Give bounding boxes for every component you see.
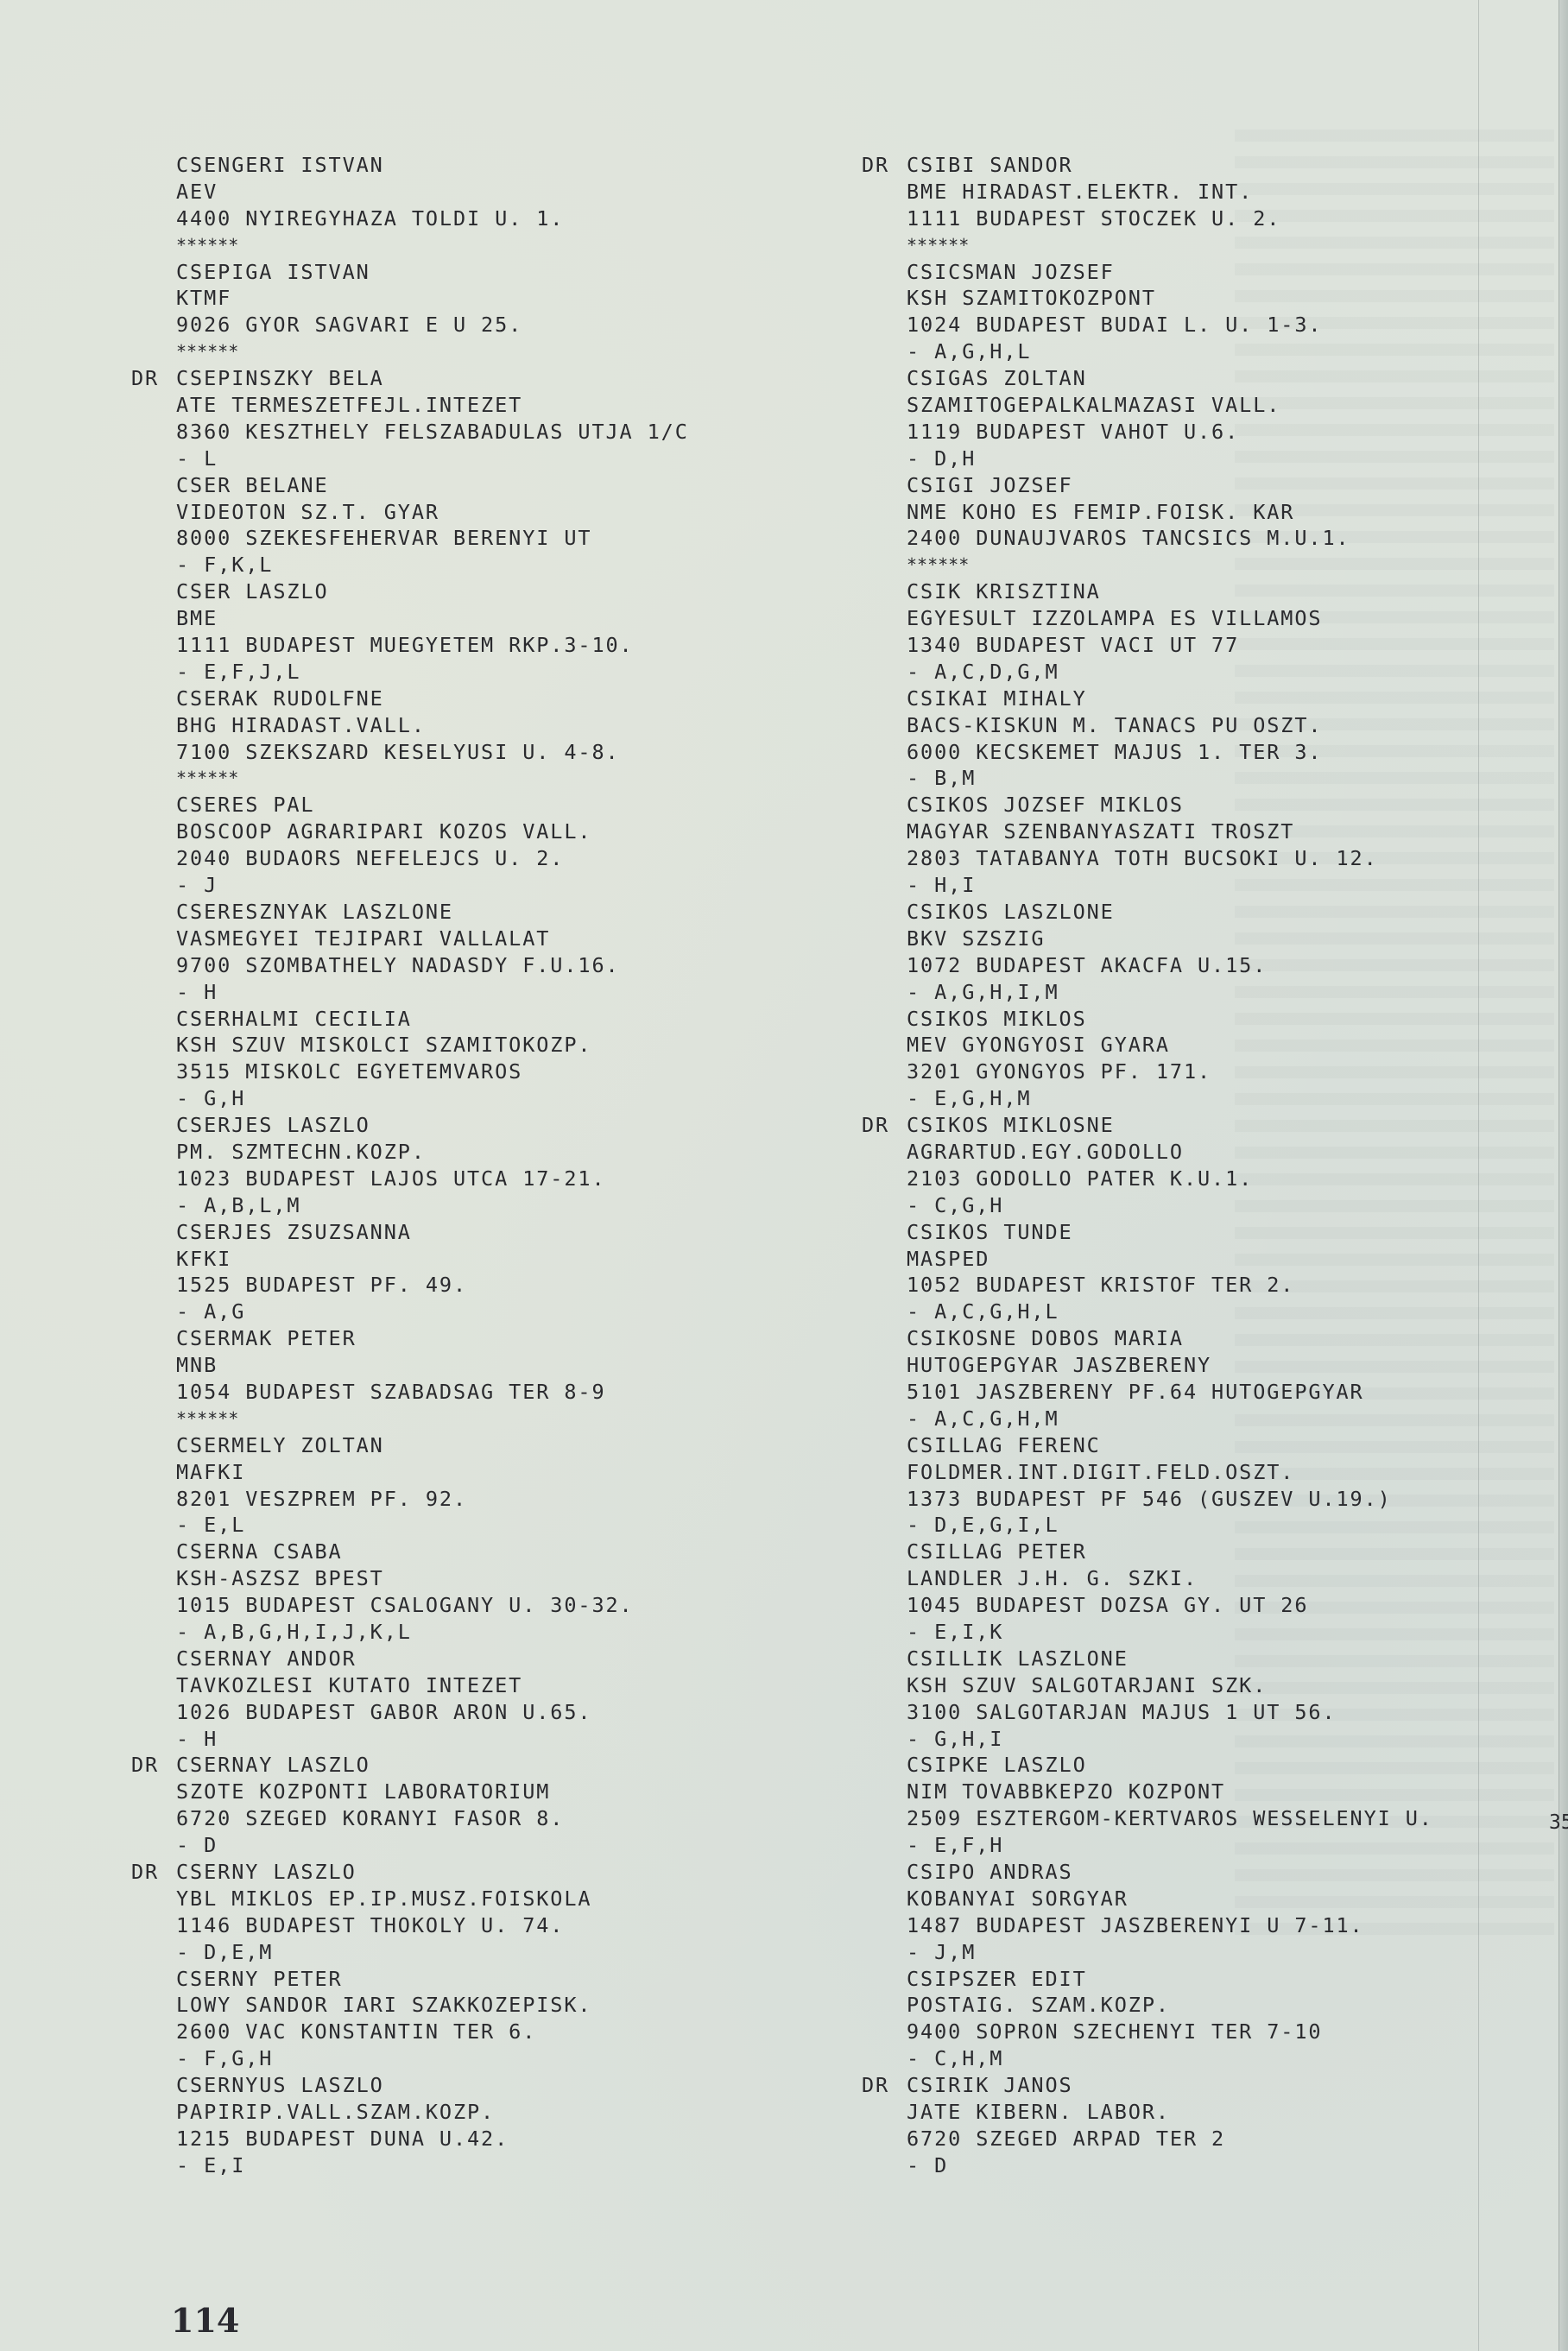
entry-organization: MAGYAR SZENBANYASZATI TROSZT bbox=[907, 818, 1433, 845]
entry-no-codes-marker: ****** bbox=[176, 338, 689, 365]
entry-organization: KOBANYAI SORGYAR bbox=[907, 1886, 1433, 1912]
directory-page: CSENGERI ISTVANAEV4400 NYIREGYHAZA TOLDI… bbox=[0, 0, 1568, 2351]
entry-address: 1072 BUDAPEST AKACFA U.15. bbox=[907, 952, 1433, 979]
directory-entry: CSERHALMI CECILIAKSH SZUV MISKOLCI SZAMI… bbox=[131, 1006, 689, 1113]
entry-organization: BOSCOOP AGRARIPARI KOZOS VALL. bbox=[176, 818, 689, 845]
directory-entry: CSIKAI MIHALYBACS-KISKUN M. TANACS PU OS… bbox=[862, 686, 1433, 793]
entry-address: 2803 TATABANYA TOTH BUCSOKI U. 12. bbox=[907, 845, 1433, 872]
entry-codes: - E,L bbox=[176, 1512, 689, 1539]
entry-name: CSERNAY ANDOR bbox=[176, 1646, 689, 1672]
entry-address: 1111 BUDAPEST STOCZEK U. 2. bbox=[907, 205, 1433, 232]
entry-organization: FOLDMER.INT.DIGIT.FELD.OSZT. bbox=[907, 1459, 1433, 1486]
entry-organization: MNB bbox=[176, 1352, 689, 1379]
title-prefix: DR bbox=[131, 1859, 159, 1886]
entry-codes: - A,C,G,H,L bbox=[907, 1299, 1433, 1325]
entry-address: 1525 BUDAPEST PF. 49. bbox=[176, 1272, 689, 1299]
directory-entry: CSIKOS LASZLONEBKV SZSZIG1072 BUDAPEST A… bbox=[862, 899, 1433, 1006]
directory-entry: CSILLAG PETERLANDLER J.H. G. SZKI.1045 B… bbox=[862, 1539, 1433, 1646]
entry-codes: - D,E,G,I,L bbox=[907, 1512, 1433, 1539]
entry-address: 1215 BUDAPEST DUNA U.42. bbox=[176, 2126, 689, 2152]
entry-organization: MEV GYONGYOSI GYARA bbox=[907, 1032, 1433, 1059]
entry-codes: - B,M bbox=[907, 765, 1433, 792]
entry-codes: - A,G bbox=[176, 1299, 689, 1325]
directory-entry: CSIGI JOZSEFNME KOHO ES FEMIP.FOISK. KAR… bbox=[862, 472, 1433, 579]
directory-entry: CSIGAS ZOLTANSZAMITOGEPALKALMAZASI VALL.… bbox=[862, 365, 1433, 472]
entry-name: CSIPSZER EDIT bbox=[907, 1966, 1433, 1993]
entry-codes: - E,G,H,M bbox=[907, 1085, 1433, 1112]
entry-organization: KFKI bbox=[176, 1246, 689, 1273]
entry-address: 2600 VAC KONSTANTIN TER 6. bbox=[176, 2019, 689, 2045]
entry-organization: NME KOHO ES FEMIP.FOISK. KAR bbox=[907, 499, 1433, 526]
entry-name: CSERJES ZSUZSANNA bbox=[176, 1219, 689, 1246]
entry-organization: ATE TERMESZETFEJL.INTEZET bbox=[176, 392, 689, 419]
entry-address: 1119 BUDAPEST VAHOT U.6. bbox=[907, 419, 1433, 446]
directory-entry: CSERNAY ANDORTAVKOZLESI KUTATO INTEZET10… bbox=[131, 1646, 689, 1753]
entry-name: CSILLIK LASZLONE bbox=[907, 1646, 1433, 1672]
entry-codes: - A,C,D,G,M bbox=[907, 659, 1433, 686]
entry-address: 1111 BUDAPEST MUEGYETEM RKP.3-10. bbox=[176, 632, 689, 659]
page-edge bbox=[1559, 0, 1568, 2351]
entry-name: CSERES PAL bbox=[176, 792, 689, 818]
entry-organization: JATE KIBERN. LABOR. bbox=[907, 2099, 1433, 2126]
entry-address: 9400 SOPRON SZECHENYI TER 7-10 bbox=[907, 2019, 1433, 2045]
entry-name: CSEPINSZKY BELA bbox=[176, 365, 689, 392]
entry-organization: KTMF bbox=[176, 285, 689, 312]
entry-name: CSER BELANE bbox=[176, 472, 689, 499]
entry-name: CSIRIK JANOS bbox=[907, 2072, 1433, 2099]
entry-organization: LANDLER J.H. G. SZKI. bbox=[907, 1565, 1433, 1592]
entry-address: 9700 SZOMBATHELY NADASDY F.U.16. bbox=[176, 952, 689, 979]
entry-name: CSENGERI ISTVAN bbox=[176, 152, 689, 179]
entry-name: CSER LASZLO bbox=[176, 578, 689, 605]
entry-address: 1024 BUDAPEST BUDAI L. U. 1-3. bbox=[907, 312, 1433, 338]
entry-name: CSIK KRISZTINA bbox=[907, 578, 1433, 605]
directory-entry: DRCSIBI SANDORBME HIRADAST.ELEKTR. INT.1… bbox=[862, 152, 1433, 259]
entry-name: CSILLAG PETER bbox=[907, 1539, 1433, 1565]
directory-entry: DRCSERNAY LASZLOSZOTE KOZPONTI LABORATOR… bbox=[131, 1752, 689, 1859]
directory-entry: CSIPO ANDRASKOBANYAI SORGYAR1487 BUDAPES… bbox=[862, 1859, 1433, 1966]
entry-codes: - G,H bbox=[176, 1085, 689, 1112]
entry-address: 6000 KECSKEMET MAJUS 1. TER 3. bbox=[907, 739, 1433, 766]
entry-codes: - A,B,G,H,I,J,K,L bbox=[176, 1619, 689, 1646]
left-column: CSENGERI ISTVANAEV4400 NYIREGYHAZA TOLDI… bbox=[131, 152, 689, 2179]
entry-name: CSIKOS TUNDE bbox=[907, 1219, 1433, 1246]
entry-organization: KSH-ASZSZ BPEST bbox=[176, 1565, 689, 1592]
entry-address: 8000 SZEKESFEHERVAR BERENYI UT bbox=[176, 525, 689, 552]
entry-address: 1373 BUDAPEST PF 546 (GUSZEV U.19.) bbox=[907, 1486, 1433, 1513]
right-column: DRCSIBI SANDORBME HIRADAST.ELEKTR. INT.1… bbox=[862, 152, 1433, 2179]
entry-no-codes-marker: ****** bbox=[176, 765, 689, 792]
entry-address: 3515 MISKOLC EGYETEMVAROS bbox=[176, 1059, 689, 1085]
entry-codes: - A,C,G,H,M bbox=[907, 1406, 1433, 1432]
entry-address: 1146 BUDAPEST THOKOLY U. 74. bbox=[176, 1912, 689, 1939]
directory-entry: CSICSMAN JOZSEFKSH SZAMITOKOZPONT1024 BU… bbox=[862, 259, 1433, 366]
entry-organization: AEV bbox=[176, 179, 689, 205]
entry-organization: NIM TOVABBKEPZO KOZPONT bbox=[907, 1779, 1433, 1805]
entry-codes: - D bbox=[176, 1832, 689, 1859]
entry-organization: KSH SZUV SALGOTARJANI SZK. bbox=[907, 1672, 1433, 1699]
entry-organization: PM. SZMTECHN.KOZP. bbox=[176, 1139, 689, 1166]
entry-codes: - A,B,L,M bbox=[176, 1192, 689, 1219]
directory-entry: CSILLIK LASZLONEKSH SZUV SALGOTARJANI SZ… bbox=[862, 1646, 1433, 1753]
entry-name: CSIBI SANDOR bbox=[907, 152, 1433, 179]
entry-name: CSERMELY ZOLTAN bbox=[176, 1432, 689, 1459]
entry-name: CSERNAY LASZLO bbox=[176, 1752, 689, 1779]
entry-name: CSERNA CSABA bbox=[176, 1539, 689, 1565]
entry-name: CSIGAS ZOLTAN bbox=[907, 365, 1433, 392]
entry-codes: - E,I bbox=[176, 2152, 689, 2179]
directory-entry: CSIPKE LASZLONIM TOVABBKEPZO KOZPONT2509… bbox=[862, 1752, 1433, 1859]
directory-entry: CSERES PALBOSCOOP AGRARIPARI KOZOS VALL.… bbox=[131, 792, 689, 899]
directory-entry: CSEPIGA ISTVANKTMF9026 GYOR SAGVARI E U … bbox=[131, 259, 689, 366]
entry-address: 1023 BUDAPEST LAJOS UTCA 17-21. bbox=[176, 1166, 689, 1192]
entry-organization: PAPIRIP.VALL.SZAM.KOZP. bbox=[176, 2099, 689, 2126]
entry-name: CSIKOS MIKLOS bbox=[907, 1006, 1433, 1033]
entry-address: 6720 SZEGED ARPAD TER 2 bbox=[907, 2126, 1433, 2152]
entry-address: 8201 VESZPREM PF. 92. bbox=[176, 1486, 689, 1513]
entry-name: CSEPIGA ISTVAN bbox=[176, 259, 689, 286]
entry-address: 1015 BUDAPEST CSALOGANY U. 30-32. bbox=[176, 1592, 689, 1619]
title-prefix: DR bbox=[131, 365, 159, 392]
entry-address: 4400 NYIREGYHAZA TOLDI U. 1. bbox=[176, 205, 689, 232]
entry-no-codes-marker: ****** bbox=[176, 1406, 689, 1432]
entry-name: CSERMAK PETER bbox=[176, 1325, 689, 1352]
entry-address: 1054 BUDAPEST SZABADSAG TER 8-9 bbox=[176, 1379, 689, 1406]
entry-organization: AGRARTUD.EGY.GODOLLO bbox=[907, 1139, 1433, 1166]
entry-organization: BME bbox=[176, 605, 689, 632]
entry-address: 3201 GYONGYOS PF. 171. bbox=[907, 1059, 1433, 1085]
entry-codes: - G,H,I bbox=[907, 1726, 1433, 1753]
entry-codes: - H bbox=[176, 1726, 689, 1753]
entry-address: 1052 BUDAPEST KRISTOF TER 2. bbox=[907, 1272, 1433, 1299]
directory-entry: CSER BELANEVIDEOTON SZ.T. GYAR8000 SZEKE… bbox=[131, 472, 689, 579]
entry-address: 2040 BUDAORS NEFELEJCS U. 2. bbox=[176, 845, 689, 872]
entry-name: CSIPKE LASZLO bbox=[907, 1752, 1433, 1779]
entry-address: 8360 KESZTHELY FELSZABADULAS UTJA 1/C bbox=[176, 419, 689, 446]
entry-codes: - J bbox=[176, 872, 689, 899]
entry-name: CSERJES LASZLO bbox=[176, 1112, 689, 1139]
entry-name: CSIKOS MIKLOSNE bbox=[907, 1112, 1433, 1139]
entry-organization: YBL MIKLOS EP.IP.MUSZ.FOISKOLA bbox=[176, 1886, 689, 1912]
entry-codes: - A,G,H,L bbox=[907, 338, 1433, 365]
entry-address: 5101 JASZBERENY PF.64 HUTOGEPGYAR bbox=[907, 1379, 1433, 1406]
entry-organization: BACS-KISKUN M. TANACS PU OSZT. bbox=[907, 712, 1433, 739]
entry-organization: BHG HIRADAST.VALL. bbox=[176, 712, 689, 739]
entry-codes: - F,G,H bbox=[176, 2045, 689, 2072]
directory-entry: CSIKOS JOZSEF MIKLOSMAGYAR SZENBANYASZAT… bbox=[862, 792, 1433, 899]
directory-entry: CSERNY PETERLOWY SANDOR IARI SZAKKOZEPIS… bbox=[131, 1966, 689, 2073]
directory-entry: DRCSIRIK JANOSJATE KIBERN. LABOR.6720 SZ… bbox=[862, 2072, 1433, 2179]
directory-entry: CSIK KRISZTINAEGYESULT IZZOLAMPA ES VILL… bbox=[862, 578, 1433, 686]
directory-entry: CSERMAK PETERMNB1054 BUDAPEST SZABADSAG … bbox=[131, 1325, 689, 1432]
entry-address: 1487 BUDAPEST JASZBERENYI U 7-11. bbox=[907, 1912, 1433, 1939]
directory-entry: CSENGERI ISTVANAEV4400 NYIREGYHAZA TOLDI… bbox=[131, 152, 689, 259]
entry-codes: - E,F,H bbox=[907, 1832, 1433, 1859]
entry-no-codes-marker: ****** bbox=[907, 552, 1433, 578]
entry-address: 2103 GODOLLO PATER K.U.1. bbox=[907, 1166, 1433, 1192]
entry-address: 1045 BUDAPEST DOZSA GY. UT 26 bbox=[907, 1592, 1433, 1619]
directory-entry: CSILLAG FERENCFOLDMER.INT.DIGIT.FELD.OSZ… bbox=[862, 1432, 1433, 1539]
directory-entry: CSERNYUS LASZLOPAPIRIP.VALL.SZAM.KOZP.12… bbox=[131, 2072, 689, 2179]
entry-address: 1340 BUDAPEST VACI UT 77 bbox=[907, 632, 1433, 659]
entry-codes: - E,F,J,L bbox=[176, 659, 689, 686]
entry-codes: - L bbox=[176, 446, 689, 472]
entry-address: 6720 SZEGED KORANYI FASOR 8. bbox=[176, 1805, 689, 1832]
directory-entry: CSERMELY ZOLTANMAFKI8201 VESZPREM PF. 92… bbox=[131, 1432, 689, 1539]
title-prefix: DR bbox=[862, 152, 889, 179]
entry-codes: - C,G,H bbox=[907, 1192, 1433, 1219]
entry-codes: - D,E,M bbox=[176, 1939, 689, 1966]
entry-name: CSERAK RUDOLFNE bbox=[176, 686, 689, 712]
entry-organization: KSH SZAMITOKOZPONT bbox=[907, 285, 1433, 312]
entry-name: CSICSMAN JOZSEF bbox=[907, 259, 1433, 286]
entry-codes: - D,H bbox=[907, 446, 1433, 472]
entry-organization: EGYESULT IZZOLAMPA ES VILLAMOS bbox=[907, 605, 1433, 632]
entry-name: CSIKOSNE DOBOS MARIA bbox=[907, 1325, 1433, 1352]
entry-name: CSIKOS JOZSEF MIKLOS bbox=[907, 792, 1433, 818]
directory-entry: CSERESZNYAK LASZLONEVASMEGYEI TEJIPARI V… bbox=[131, 899, 689, 1006]
entry-name: CSIGI JOZSEF bbox=[907, 472, 1433, 499]
directory-entry: CSERJES LASZLOPM. SZMTECHN.KOZP.1023 BUD… bbox=[131, 1112, 689, 1219]
entry-codes: - C,H,M bbox=[907, 2045, 1433, 2072]
entry-organization: LOWY SANDOR IARI SZAKKOZEPISK. bbox=[176, 1992, 689, 2019]
directory-entry: CSIKOSNE DOBOS MARIAHUTOGEPGYAR JASZBERE… bbox=[862, 1325, 1433, 1432]
entry-organization: SZAMITOGEPALKALMAZASI VALL. bbox=[907, 392, 1433, 419]
title-prefix: DR bbox=[862, 1112, 889, 1139]
entry-name: CSILLAG FERENC bbox=[907, 1432, 1433, 1459]
title-prefix: DR bbox=[862, 2072, 889, 2099]
entry-address: 9026 GYOR SAGVARI E U 25. bbox=[176, 312, 689, 338]
entry-no-codes-marker: ****** bbox=[907, 232, 1433, 259]
entry-codes: - E,I,K bbox=[907, 1619, 1433, 1646]
entry-organization: TAVKOZLESI KUTATO INTEZET bbox=[176, 1672, 689, 1699]
entry-codes: - D bbox=[907, 2152, 1433, 2179]
entry-address: 1026 BUDAPEST GABOR ARON U.65. bbox=[176, 1699, 689, 1726]
entry-name: CSIKOS LASZLONE bbox=[907, 899, 1433, 926]
entry-organization: VASMEGYEI TEJIPARI VALLALAT bbox=[176, 926, 689, 952]
directory-entry: DRCSEPINSZKY BELAATE TERMESZETFEJL.INTEZ… bbox=[131, 365, 689, 472]
entry-name: CSERNYUS LASZLO bbox=[176, 2072, 689, 2099]
directory-entry: CSER LASZLOBME1111 BUDAPEST MUEGYETEM RK… bbox=[131, 578, 689, 686]
entry-address: 2509 ESZTERGOM-KERTVAROS WESSELENYI U. bbox=[907, 1805, 1433, 1832]
entry-name: CSERHALMI CECILIA bbox=[176, 1006, 689, 1033]
directory-entry: CSERAK RUDOLFNEBHG HIRADAST.VALL.7100 SZ… bbox=[131, 686, 689, 793]
entry-organization: MASPED bbox=[907, 1246, 1433, 1273]
directory-entry: DRCSERNY LASZLOYBL MIKLOS EP.IP.MUSZ.FOI… bbox=[131, 1859, 689, 1966]
entry-name: CSIKAI MIHALY bbox=[907, 686, 1433, 712]
entry-name: CSERNY PETER bbox=[176, 1966, 689, 1993]
entry-codes: - A,G,H,I,M bbox=[907, 979, 1433, 1006]
entry-no-codes-marker: ****** bbox=[176, 232, 689, 259]
entry-organization: POSTAIG. SZAM.KOZP. bbox=[907, 1992, 1433, 2019]
entry-codes: - J,M bbox=[907, 1939, 1433, 1966]
entry-name: CSERESZNYAK LASZLONE bbox=[176, 899, 689, 926]
entry-organization: KSH SZUV MISKOLCI SZAMITOKOZP. bbox=[176, 1032, 689, 1059]
entry-organization: SZOTE KOZPONTI LABORATORIUM bbox=[176, 1779, 689, 1805]
entry-organization: BKV SZSZIG bbox=[907, 926, 1433, 952]
directory-entry: CSIKOS MIKLOSMEV GYONGYOSI GYARA3201 GYO… bbox=[862, 1006, 1433, 1113]
entry-codes: - H bbox=[176, 979, 689, 1006]
directory-entry: CSIPSZER EDITPOSTAIG. SZAM.KOZP.9400 SOP… bbox=[862, 1966, 1433, 2073]
page-fold-line bbox=[1478, 0, 1479, 2351]
directory-entry: DRCSIKOS MIKLOSNEAGRARTUD.EGY.GODOLLO210… bbox=[862, 1112, 1433, 1219]
title-prefix: DR bbox=[131, 1752, 159, 1779]
directory-entry: CSERJES ZSUZSANNAKFKI1525 BUDAPEST PF. 4… bbox=[131, 1219, 689, 1326]
entry-address: 3100 SALGOTARJAN MAJUS 1 UT 56. bbox=[907, 1699, 1433, 1726]
entry-organization: VIDEOTON SZ.T. GYAR bbox=[176, 499, 689, 526]
entry-codes: - F,K,L bbox=[176, 552, 689, 578]
directory-entry: CSIKOS TUNDEMASPED1052 BUDAPEST KRISTOF … bbox=[862, 1219, 1433, 1326]
page-number: 114 bbox=[171, 2301, 239, 2340]
entry-address: 7100 SZEKSZARD KESELYUSI U. 4-8. bbox=[176, 739, 689, 766]
entry-organization: BME HIRADAST.ELEKTR. INT. bbox=[907, 179, 1433, 205]
entry-name: CSIPO ANDRAS bbox=[907, 1859, 1433, 1886]
entry-organization: MAFKI bbox=[176, 1459, 689, 1486]
entry-address: 2400 DUNAUJVAROS TANCSICS M.U.1. bbox=[907, 525, 1433, 552]
entry-name: CSERNY LASZLO bbox=[176, 1859, 689, 1886]
entry-codes: - H,I bbox=[907, 872, 1433, 899]
overflow-fragment: 35 bbox=[1549, 1811, 1568, 1834]
directory-entry: CSERNA CSABAKSH-ASZSZ BPEST1015 BUDAPEST… bbox=[131, 1539, 689, 1646]
entry-organization: HUTOGEPGYAR JASZBERENY bbox=[907, 1352, 1433, 1379]
